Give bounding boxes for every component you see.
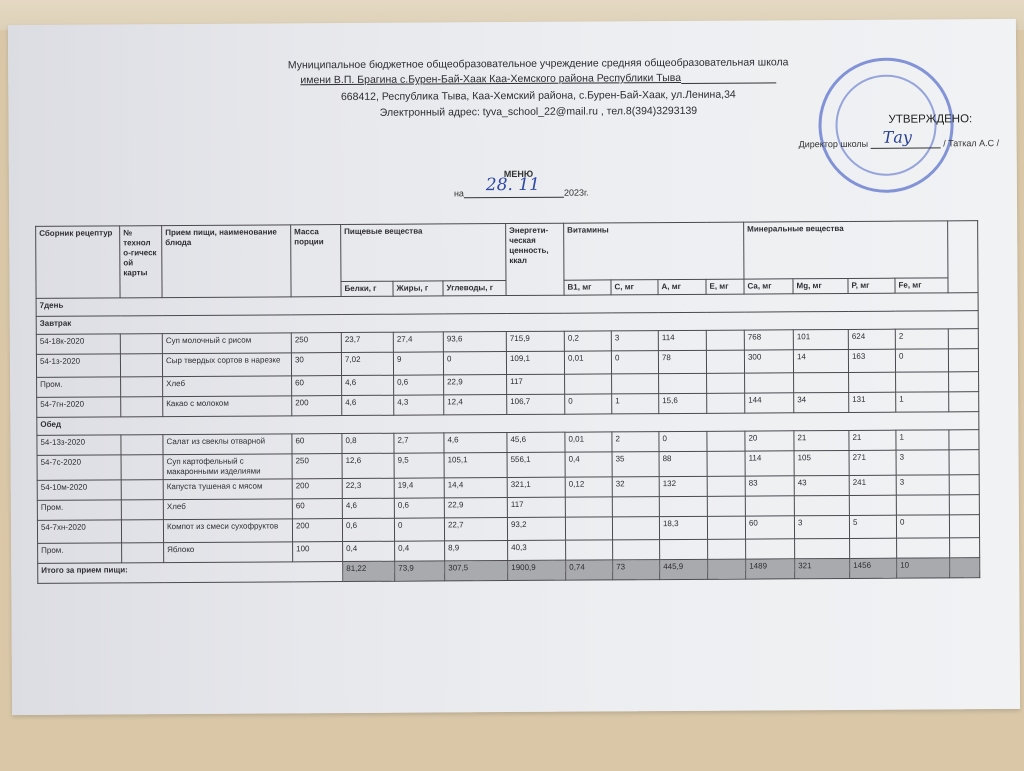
total-a: 445,9 [660,559,708,579]
cell-prot: 4,6 [342,498,394,518]
cell-dish: Хлеб [163,499,292,520]
cell-p: 241 [849,475,896,495]
cell-dish: Компот из смеси сухофруктов [163,519,292,543]
cell-card [120,354,162,377]
cell-b1 [566,540,613,560]
cell-card [121,520,163,543]
cell-mass: 250 [291,333,341,353]
cell-mg: 101 [793,329,848,349]
cell-e [706,330,744,350]
col-energy: Энергети-ческая ценность, ккал [506,223,564,295]
table-header-row: Сборник рецептур № технол о-гическ ой ка… [36,221,978,284]
cell-b1 [565,517,612,540]
cell-ca: 20 [745,431,794,451]
cell-p [849,372,896,392]
cell-mg: 14 [793,349,848,372]
cell-p: 5 [849,515,896,538]
date-prefix: на [454,188,464,198]
cell-card [120,334,162,354]
cell-fat: 0,4 [395,541,445,561]
cell-a: 15,6 [659,393,707,413]
cell-a: 114 [658,330,706,350]
cell-prot: 23,7 [341,332,393,352]
cell-ca: 60 [745,516,794,539]
col-vitamins: Витамины [564,222,744,280]
col-mg: Mg, мг [793,278,848,293]
cell-carb: 12,4 [444,395,507,415]
cell-dish: Капуста тушеная с мясом [163,479,292,500]
cell-fe: 0 [895,349,948,372]
cell-carb: 22,9 [444,498,507,518]
cell-mass: 200 [292,396,342,416]
cell-mass: 200 [292,519,342,542]
cell-carb: 22,7 [444,518,507,541]
col-mass: Масса порции [291,225,341,297]
menu-table: Сборник рецептур № технол о-гическ ой ка… [35,220,980,584]
document-sheet: Муниципальное бюджетное общеобразователь… [8,19,1020,715]
cell-carb: 22,9 [444,375,507,395]
cell-prot: 0,8 [342,433,394,453]
cell-fe [896,495,949,515]
cell-e [707,496,745,516]
date-suffix: 2023г. [564,188,589,198]
col-meal: Прием пищи, наименование блюда [162,225,291,298]
cell-dish: Яблоко [164,542,293,563]
cell-p: 624 [848,329,895,349]
cell-mass: 250 [292,454,342,479]
cell-e [706,350,744,373]
cell-prot: 0,6 [342,518,394,541]
cell-b1: 0,12 [565,477,612,497]
col-fe: Fe, мг [895,278,948,293]
cell-c: 35 [612,452,659,477]
cell-fe: 3 [896,450,949,475]
cell-kcal: 109,1 [506,351,564,374]
cell-ca [746,539,795,559]
cell-fat: 0,6 [394,375,444,395]
cell-fe: 0 [896,515,949,538]
signature-field: Тау [871,137,941,148]
cell-dish: Сыр твердых сортов в нарезке [162,353,291,377]
cell-kcal: 45,6 [507,432,565,452]
total-mg: 321 [795,558,850,578]
cell-prot: 22,3 [342,478,394,498]
col-ca: Са, мг [744,279,793,294]
cell-kcal: 556,1 [507,452,565,477]
cell-fat: 0 [394,518,444,541]
cell-b1 [565,497,612,517]
director-name: / Таткал А.С / [943,138,999,148]
cell-extra [949,475,979,495]
cell-code: 54-7гн-2020 [37,397,121,418]
cell-extra [948,349,978,372]
total-b1: 0,74 [566,560,613,580]
org-contacts: Электронный адрес: tyva_school_22@mail.r… [258,104,818,119]
cell-extra [949,430,979,450]
cell-a: 88 [659,451,707,476]
cell-mass: 100 [293,542,343,562]
cell-c: 2 [612,432,659,452]
col-extra [948,221,978,293]
cell-dish: Какао с молоком [163,396,292,417]
col-fats: Жиры, г [393,281,443,296]
org-name-line1: Муниципальное бюджетное общеобразователь… [258,56,818,71]
cell-p: 163 [848,349,895,372]
cell-card [121,480,163,500]
cell-card [121,455,163,480]
cell-prot: 12,6 [342,453,394,478]
cell-a: 78 [658,350,706,373]
cell-prot: 4,6 [342,375,394,395]
cell-code: 54-7хн-2020 [37,520,121,544]
cell-e [707,516,745,539]
cell-fe: 1 [896,430,949,450]
cell-fat: 9 [393,352,443,375]
cell-extra [949,392,979,412]
cell-kcal: 321,1 [507,477,565,497]
col-c: С, мг [611,280,658,295]
cell-e [707,476,745,496]
col-collection: Сборник рецептур [36,226,120,299]
cell-a: 0 [659,431,707,451]
cell-c: 32 [612,477,659,497]
cell-fat: 4,3 [394,395,444,415]
col-proteins: Белки, г [341,281,393,296]
cell-fe: 2 [895,329,948,349]
cell-b1: 0,01 [564,351,611,374]
cell-b1: 0,2 [564,331,611,351]
cell-kcal: 106,7 [507,394,565,414]
col-b1: В1, мг [564,280,611,295]
total-ca: 1489 [746,559,795,579]
cell-fat: 2,7 [394,433,444,453]
cell-fe [896,372,949,392]
cell-p [849,495,896,515]
cell-c [613,540,660,560]
cell-mg [795,538,850,558]
total-p: 1456 [850,558,897,578]
date-handwritten: 28. 11 [486,175,540,195]
cell-fat: 19,4 [394,478,444,498]
cell-c: 1 [612,394,659,414]
cell-mg: 21 [794,430,849,450]
cell-b1: 0,4 [565,452,612,477]
cell-fe: 1 [896,392,949,412]
cell-prot: 7,02 [341,352,393,375]
cell-dish: Суп молочный с рисом [162,333,291,354]
director-label: Директор школы [799,139,869,149]
cell-carb: 14,4 [444,478,507,498]
total-prot: 81,22 [343,561,395,581]
cell-e [708,539,746,559]
col-tech-card: № технол о-гическ ой карты [120,226,162,298]
cell-a [660,539,708,559]
cell-mass: 30 [291,353,341,376]
total-fat: 73,9 [395,561,445,581]
cell-c: 0 [611,351,658,374]
col-minerals: Минеральные вещества [744,221,948,279]
total-kcal: 1900,9 [508,560,566,580]
cell-e [707,373,745,393]
cell-p: 131 [849,392,896,412]
cell-kcal: 93,2 [507,517,565,540]
cell-c [612,374,659,394]
cell-a [659,373,707,393]
cell-prot: 0,4 [343,541,395,561]
cell-mg [794,495,849,515]
cell-mg: 34 [794,392,849,412]
total-fe: 10 [897,558,950,578]
cell-b1: 0 [565,394,612,414]
cell-extra [949,372,979,392]
cell-p: 271 [849,450,896,475]
cell-card [122,543,164,563]
cell-p: 21 [849,430,896,450]
cell-code: Пром. [37,377,121,398]
cell-code: 54-7с-2020 [37,455,121,481]
cell-e [707,431,745,451]
col-e: Е, мг [706,279,744,294]
cell-card [121,397,163,417]
cell-c: 3 [611,331,658,351]
cell-carb: 8,9 [445,541,508,561]
cell-code: 54-1з-2020 [36,354,120,378]
cell-extra [948,329,978,349]
cell-code: 54-18к-2020 [36,334,120,355]
col-p: Р, мг [848,278,895,293]
total-extra [950,558,980,578]
cell-dish: Суп картофельный с макаронными изделиями [163,454,292,480]
cell-ca: 768 [744,330,793,350]
cell-ca [745,373,794,393]
col-a: А, мг [658,279,706,294]
total-e [708,559,746,579]
cell-ca: 83 [745,476,794,496]
cell-fat: 27,4 [393,332,443,352]
cell-kcal: 117 [507,497,565,517]
cell-c [612,497,659,517]
cell-kcal: 715,9 [506,331,564,351]
cell-e [707,393,745,413]
total-label: Итого за прием пищи: [38,562,343,584]
cell-fe: 3 [896,475,949,495]
org-address: 668412, Республика Тыва, Каа-Хемский рай… [258,88,818,103]
total-c: 73 [613,560,660,580]
cell-code: Пром. [38,543,122,564]
cell-carb: 105,1 [444,453,507,478]
cell-mass: 60 [292,376,342,396]
cell-ca [745,496,794,516]
cell-b1: 0,01 [565,432,612,452]
cell-p [850,538,897,558]
cell-mg [794,372,849,392]
cell-dish: Салат из свеклы отварной [163,434,292,455]
cell-code: 54-10м-2020 [37,480,121,501]
col-carbs: Углеводы, г [443,281,506,296]
cell-carb: 93,6 [443,332,506,352]
cell-mg: 105 [794,450,849,475]
cell-fe [897,538,950,558]
cell-ca: 114 [745,451,794,476]
cell-ca: 144 [745,393,794,413]
cell-carb: 4,6 [444,433,507,453]
org-name-line2: имени В.П. Брагина с.Бурен-Бай-Хаак Каа-… [258,71,818,86]
cell-e [707,451,745,476]
cell-mass: 60 [292,434,342,454]
cell-extra [949,515,979,538]
cell-mass: 200 [292,479,342,499]
cell-code: 54-13з-2020 [37,435,121,456]
director-signature-line: Директор школы Тау / Таткал А.С / [799,137,1000,149]
cell-card [121,377,163,397]
cell-a: 132 [659,476,707,496]
cell-fat: 9,5 [394,453,444,478]
cell-kcal: 40,3 [508,540,566,560]
cell-mass: 60 [292,499,342,519]
cell-a: 18,3 [659,516,707,539]
cell-carb: 0 [443,352,506,375]
cell-b1 [565,374,612,394]
cell-kcal: 117 [507,374,565,394]
cell-mg: 43 [794,475,849,495]
cell-c [612,517,659,540]
date-field: 28. 11 [464,187,564,199]
menu-date: на28. 112023г. [454,187,589,199]
cell-fat: 0,6 [394,498,444,518]
cell-extra [949,495,979,515]
approval-title: УТВЕРЖДЕНО: [888,113,972,126]
signature: Тау [883,128,913,147]
cell-a [659,496,707,516]
cell-code: Пром. [37,500,121,521]
cell-card [121,500,163,520]
col-nutrients: Пищевые вещества [341,224,506,282]
cell-dish: Хлеб [163,376,292,397]
cell-prot: 4,6 [342,395,394,415]
cell-mg: 3 [794,515,849,538]
cell-extra [949,450,979,475]
cell-ca: 300 [744,350,793,373]
cell-card [121,435,163,455]
cell-extra [950,538,980,558]
total-carb: 307,5 [445,561,508,581]
